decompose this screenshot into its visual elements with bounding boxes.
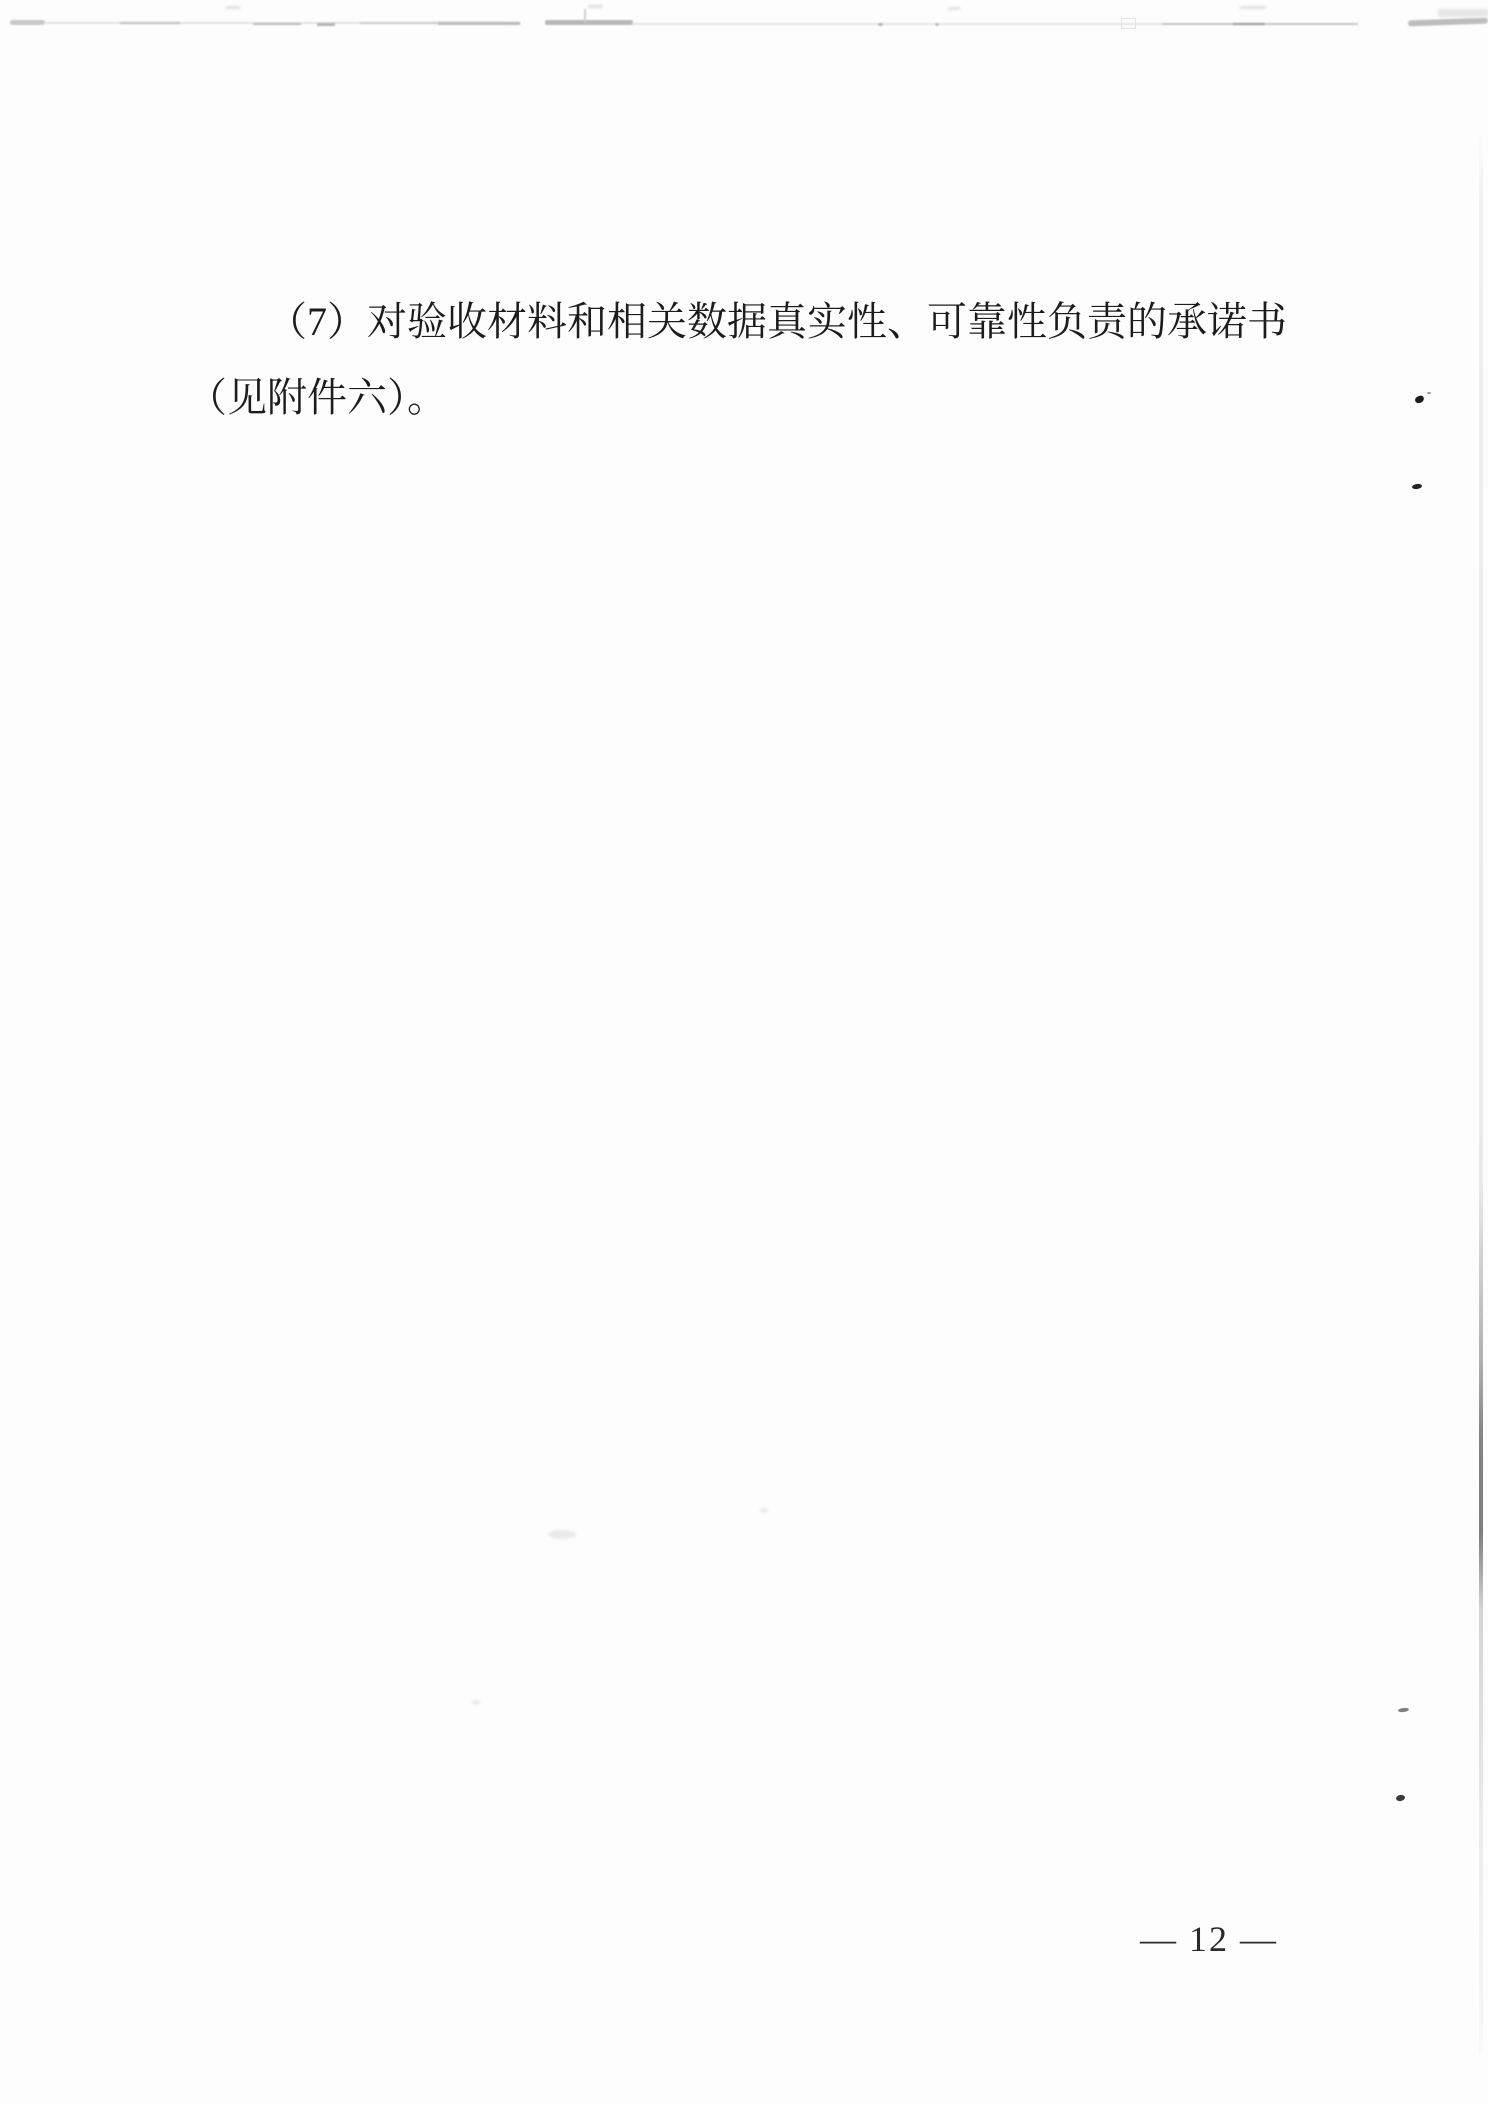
scan-streak-segment <box>1233 23 1265 25</box>
ink-speck <box>1398 1707 1409 1712</box>
scan-streak-dot <box>878 23 883 26</box>
scan-streak-tick <box>584 9 586 22</box>
paragraph-line-1: （7）对验收材料和相关数据真实性、可靠性负责的承诺书 <box>187 284 1367 360</box>
ink-speck <box>1412 483 1423 489</box>
scanner-edge-shadow <box>1479 128 1483 2053</box>
ink-speck <box>1414 395 1425 404</box>
paper-smudge <box>548 1530 576 1539</box>
scan-streak-segment <box>253 23 301 25</box>
scan-streak-segment <box>632 23 1162 25</box>
scan-streak-dot <box>935 23 939 26</box>
paper-smudge <box>472 1700 480 1705</box>
scan-streak-box <box>1121 18 1136 29</box>
scan-streak-speck <box>1240 6 1266 9</box>
scan-streak-speck <box>588 5 602 8</box>
scan-streak-segment <box>317 23 335 26</box>
scan-streak-smudge <box>1408 18 1488 27</box>
scan-streak-speck <box>948 7 960 10</box>
document-page: （7）对验收材料和相关数据真实性、可靠性负责的承诺书 （见附件六）。 — 12 … <box>0 0 1488 2104</box>
scan-streak-haze <box>1438 9 1488 17</box>
ink-speck <box>1427 392 1431 394</box>
scan-streak-speck <box>226 6 240 9</box>
scan-streak-segment <box>120 22 180 24</box>
paragraph-line-2: （见附件六）。 <box>187 360 1367 436</box>
page-number: — 12 — <box>1140 1918 1278 1960</box>
body-paragraph: （7）对验收材料和相关数据真实性、可靠性负责的承诺书 （见附件六）。 <box>187 284 1367 436</box>
paper-smudge <box>760 1508 768 1513</box>
scan-streak-segment <box>438 22 520 25</box>
ink-speck <box>1396 1794 1406 1801</box>
scan-streak-segment <box>10 20 45 25</box>
scan-streak-smudge <box>545 20 633 25</box>
